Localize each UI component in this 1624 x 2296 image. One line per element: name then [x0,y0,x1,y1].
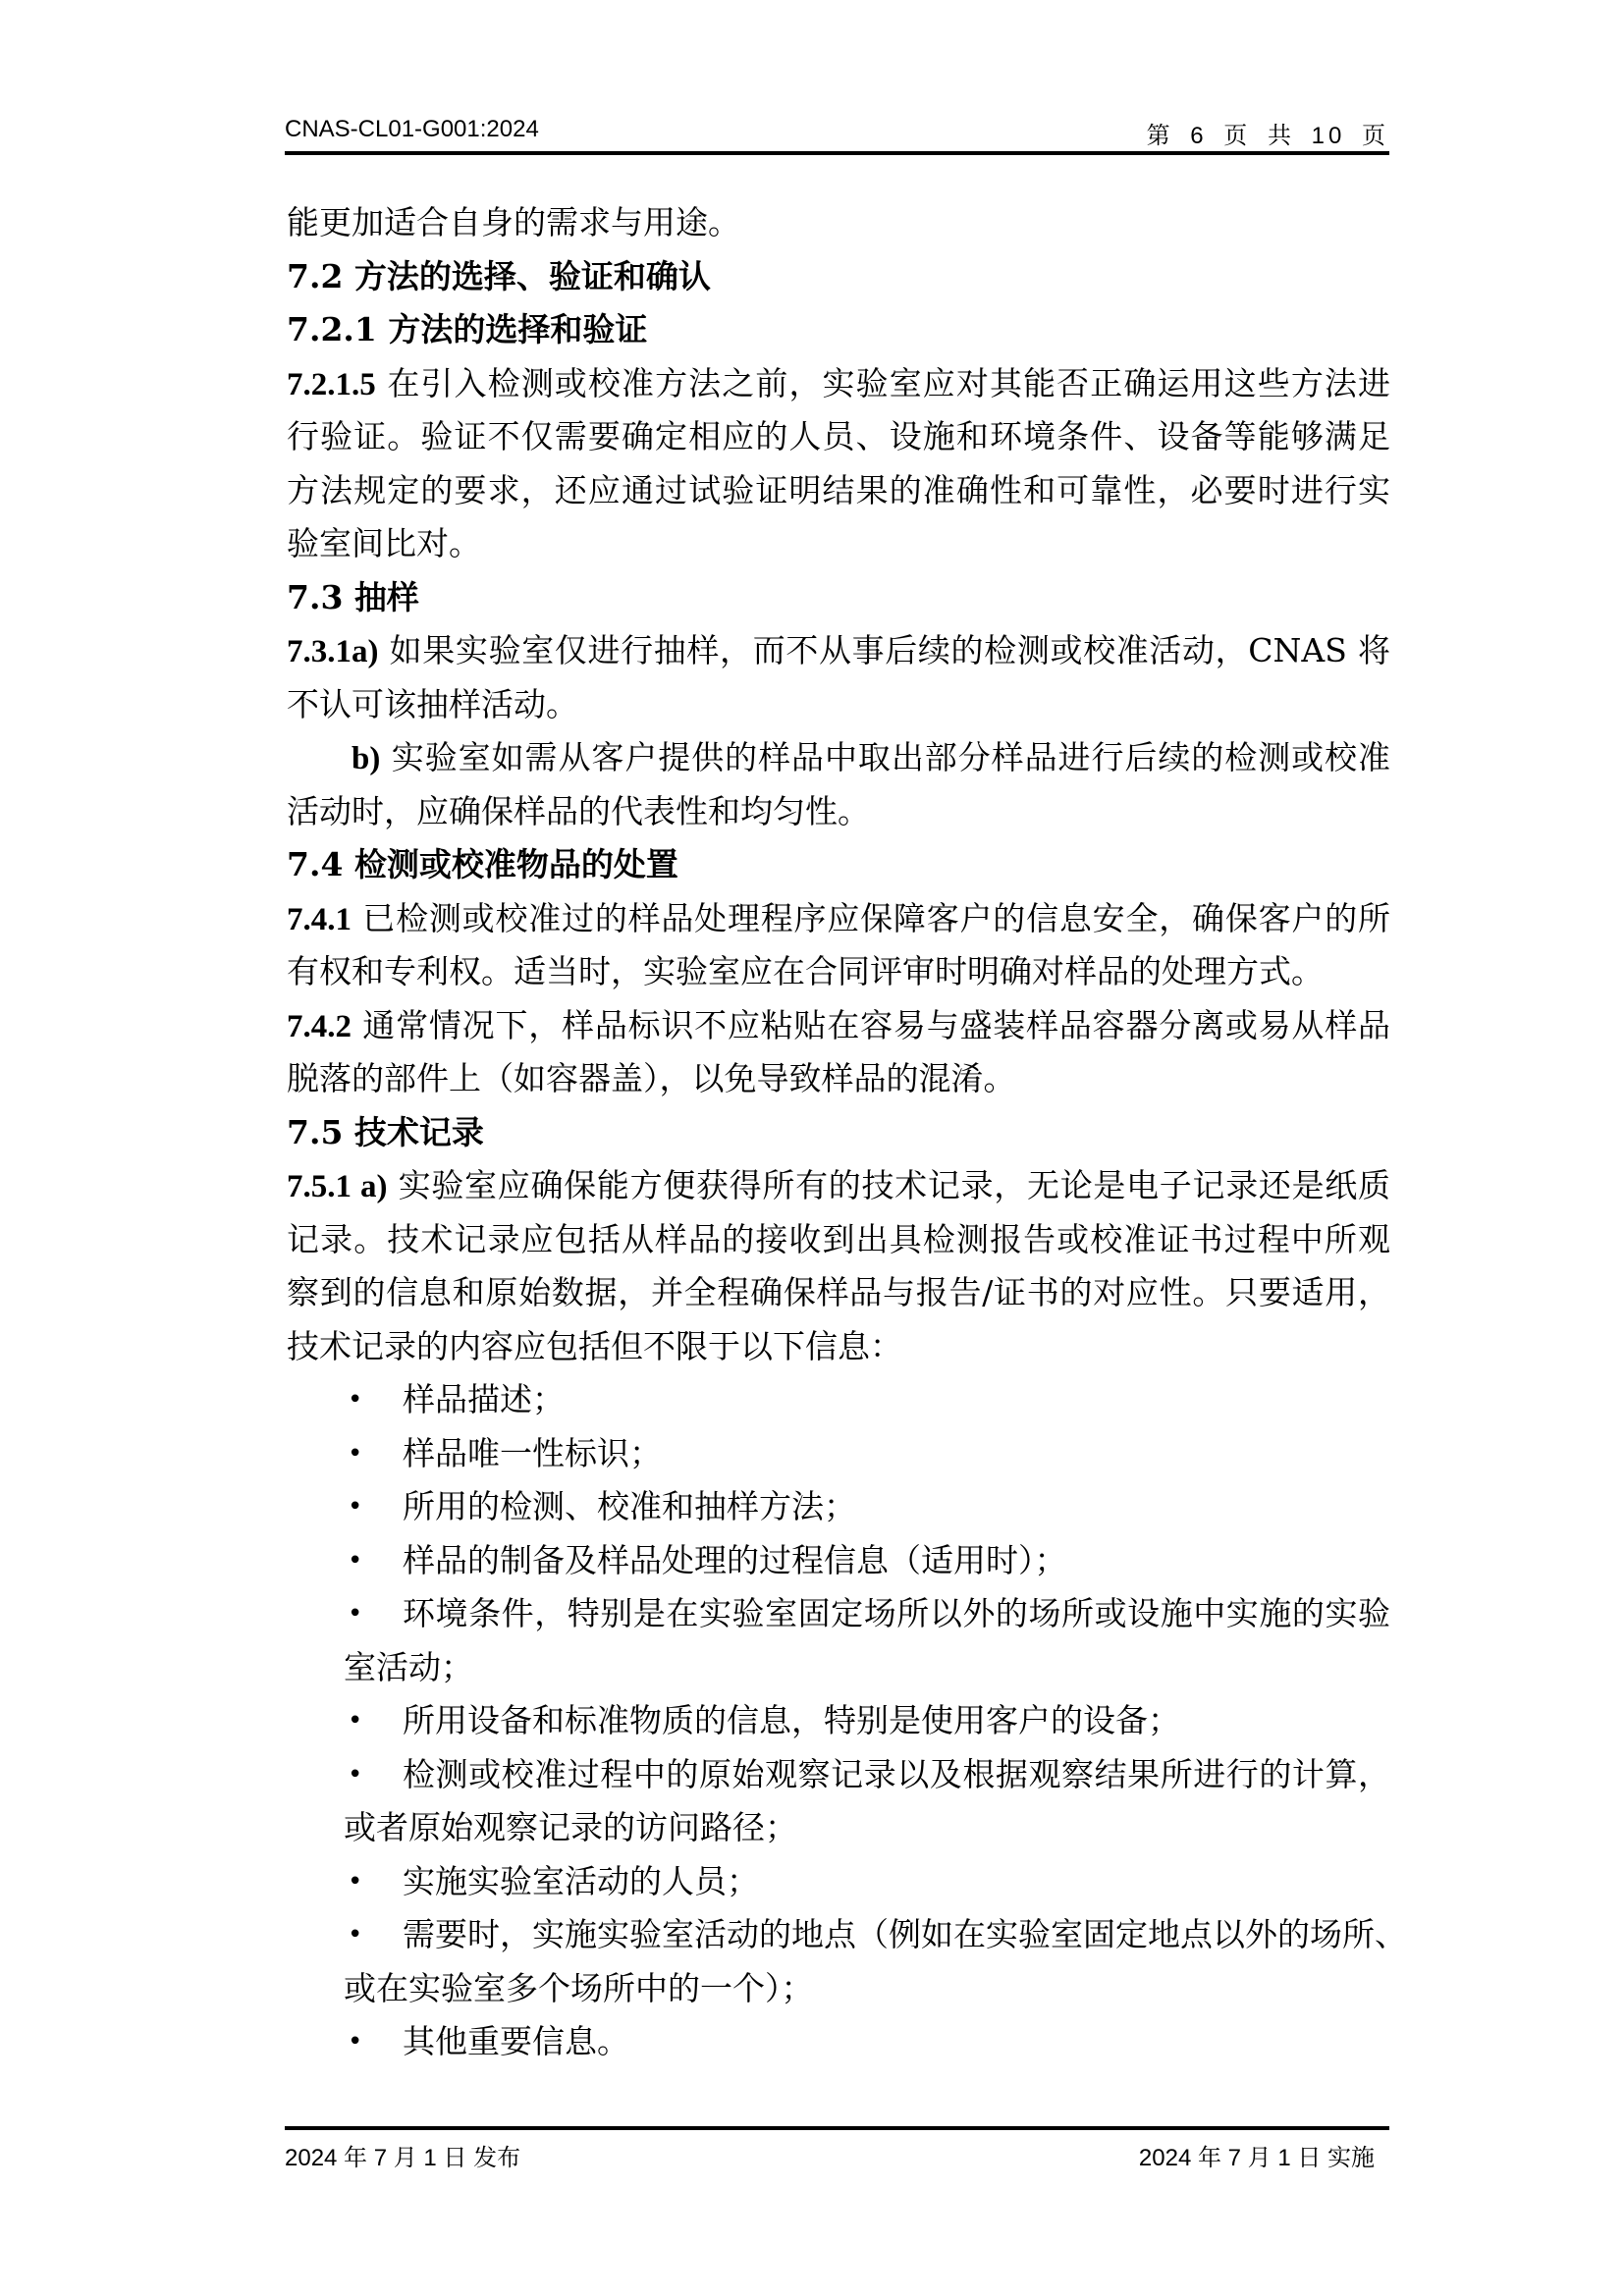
clause-text-line: 有权和专利权。适当时，实验室应在合同评审时明确对样品的处理方式。 [287,945,1390,999]
header-rule [285,151,1389,155]
bullet-item: •其他重要信息。 [287,2015,1390,2069]
page-header: CNAS-CL01-G001:2024 第 6 页 共 10 页 [285,116,1389,151]
bullet-continuation: 或在实验室多个场所中的一个）； [287,1962,1390,2016]
bullet-item: •所用的检测、校准和抽样方法； [287,1480,1390,1534]
section-heading-7-2: 7.2 方法的选择、验证和确认 [287,250,1390,304]
bullet-continuation: 室活动； [287,1641,1390,1695]
clause-7-4-1: 7.4.1 已检测或校准过的样品处理程序应保障客户的信息安全，确保客户的所 [287,892,1390,946]
clause-number: b) [352,741,380,776]
bullet-icon: • [348,1534,362,1588]
clause-7-3-1a: 7.3.1a) 如果实验室仅进行抽样，而不从事后续的检测或校准活动，CNAS 将 [287,624,1390,678]
bullet-item: •样品描述； [287,1373,1390,1427]
bullet-item: •样品的制备及样品处理的过程信息（适用时）； [287,1534,1390,1588]
clause-number: 7.4.1 [287,902,352,937]
bullet-item: •环境条件，特别是在实验室固定场所以外的场所或设施中实施的实验 [287,1587,1390,1641]
effective-date: 2024 年 7 月 1 日 实施 [1139,2138,1375,2172]
clause-7-2-1-5: 7.2.1.5 在引入检测或校准方法之前，实验室应对其能否正确运用这些方法进 [287,357,1390,411]
document-body: 能更加适合自身的需求与用途。 7.2 方法的选择、验证和确认 7.2.1 方法的… [287,196,1390,2069]
bullet-icon: • [348,1480,362,1534]
bullet-icon: • [348,1748,362,1802]
clause-7-3-1b: b) 实验室如需从客户提供的样品中取出部分样品进行后续的检测或校准 [287,731,1390,785]
section-heading-7-2-1: 7.2.1 方法的选择和验证 [287,303,1390,357]
clause-number: 7.4.2 [287,1009,352,1044]
bullet-icon: • [348,1855,362,1909]
clause-text-line: 活动时，应确保样品的代表性和均匀性。 [287,785,1390,839]
issue-date: 2024 年 7 月 1 日 发布 [285,2138,520,2172]
bullet-item: •检测或校准过程中的原始观察记录以及根据观察结果所进行的计算， [287,1748,1390,1802]
bullet-icon: • [348,1908,362,1962]
section-heading-7-4: 7.4 检测或校准物品的处置 [287,838,1390,892]
bullet-icon: • [348,1427,362,1481]
page-number: 第 6 页 共 10 页 [1147,116,1389,150]
document-id: CNAS-CL01-G001:2024 [285,116,539,143]
clause-text-line: 验室间比对。 [287,517,1390,571]
clause-text-line: 方法规定的要求，还应通过试验证明结果的准确性和可靠性，必要时进行实 [287,464,1390,518]
footer-rule [285,2126,1389,2130]
section-heading-7-3: 7.3 抽样 [287,571,1390,625]
clause-number: 7.2.1.5 [287,367,376,402]
bullet-icon: • [348,1587,362,1641]
clause-text-line: 脱落的部件上（如容器盖），以免导致样品的混淆。 [287,1052,1390,1106]
bullet-continuation: 或者原始观察记录的访问路径； [287,1801,1390,1855]
clause-number: 7.5.1 a) [287,1169,387,1204]
clause-7-5-1a: 7.5.1 a) 实验室应确保能方便获得所有的技术记录，无论是电子记录还是纸质 [287,1159,1390,1213]
page-footer: 2024 年 7 月 1 日 发布 2024 年 7 月 1 日 实施 [285,2138,1375,2173]
clause-text-line: 行验证。验证不仅需要确定相应的人员、设施和环境条件、设备等能够满足 [287,410,1390,464]
bullet-item: •所用设备和标准物质的信息，特别是使用客户的设备； [287,1694,1390,1748]
clause-text-line: 记录。技术记录应包括从样品的接收到出具检测报告或校准证书过程中所观 [287,1213,1390,1267]
clause-text-line: 技术记录的内容应包括但不限于以下信息： [287,1320,1390,1374]
bullet-item: •实施实验室活动的人员； [287,1855,1390,1909]
bullet-item: •样品唯一性标识； [287,1427,1390,1481]
bullet-icon: • [348,1373,362,1427]
clause-text-line: 不认可该抽样活动。 [287,678,1390,732]
bullet-icon: • [348,2015,362,2069]
clause-7-4-2: 7.4.2 通常情况下，样品标识不应粘贴在容易与盛装样品容器分离或易从样品 [287,999,1390,1053]
bullet-item: •需要时，实施实验室活动的地点（例如在实验室固定地点以外的场所、 [287,1908,1390,1962]
clause-text-line: 察到的信息和原始数据，并全程确保样品与报告/证书的对应性。只要适用， [287,1266,1390,1320]
section-heading-7-5: 7.5 技术记录 [287,1106,1390,1160]
clause-number: 7.3.1a) [287,634,379,669]
paragraph-continuation: 能更加适合自身的需求与用途。 [287,196,1390,250]
bullet-icon: • [348,1694,362,1748]
